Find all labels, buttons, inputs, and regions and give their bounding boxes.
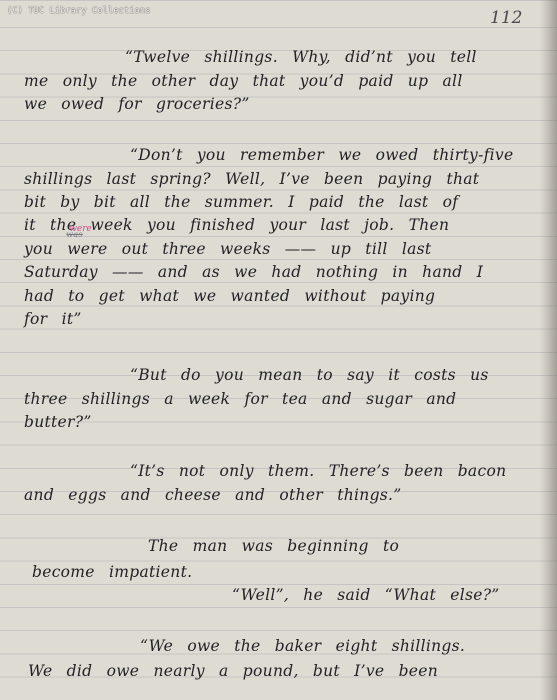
manuscript-page: (C) TUC Library Collections 112 “Twelve … (0, 0, 557, 700)
text-line: you was were were out three weeks —— up … (24, 240, 431, 258)
pink-inserted-word: were (69, 224, 92, 234)
handwritten-correction: was were were (67, 240, 107, 258)
text-line: butter?” (24, 413, 92, 431)
text-line: “We owe the baker eight shillings. (140, 637, 465, 655)
text-line: me only the other day that you’d paid up… (24, 72, 463, 90)
text-line: “Don’t you remember we owed thirty-five (130, 146, 513, 164)
page-number: 112 (490, 8, 522, 28)
text-line: three shillings a week for tea and sugar… (24, 390, 456, 408)
text-word: out three weeks —— up till last (122, 240, 432, 258)
text-line: for it” (24, 310, 82, 328)
copyright-watermark: (C) TUC Library Collections (7, 6, 151, 16)
text-line: bit by bit all the summer. I paid the la… (24, 193, 458, 211)
text-line: The man was beginning to (148, 537, 399, 555)
text-line: We did owe nearly a pound, but I’ve been (28, 662, 438, 680)
text-line: “It’s not only them. There’s been bacon (130, 462, 506, 480)
text-line: Saturday —— and as we had nothing in han… (24, 263, 483, 281)
text-line: shillings last spring? Well, I’ve been p… (24, 170, 479, 188)
corrected-word: were (67, 240, 107, 258)
text-line: become impatient. (32, 563, 192, 581)
text-line: had to get what we wanted without paying (24, 287, 435, 305)
text-line: we owed for groceries?” (24, 95, 250, 113)
text-line: “But do you mean to say it costs us (130, 366, 489, 384)
text-line: “Twelve shillings. Why, did’nt you tell (125, 48, 477, 66)
text-line: “Well”, he said “What else?” (232, 586, 500, 604)
text-line: and eggs and cheese and other things.” (24, 486, 402, 504)
text-word: you (24, 240, 53, 258)
